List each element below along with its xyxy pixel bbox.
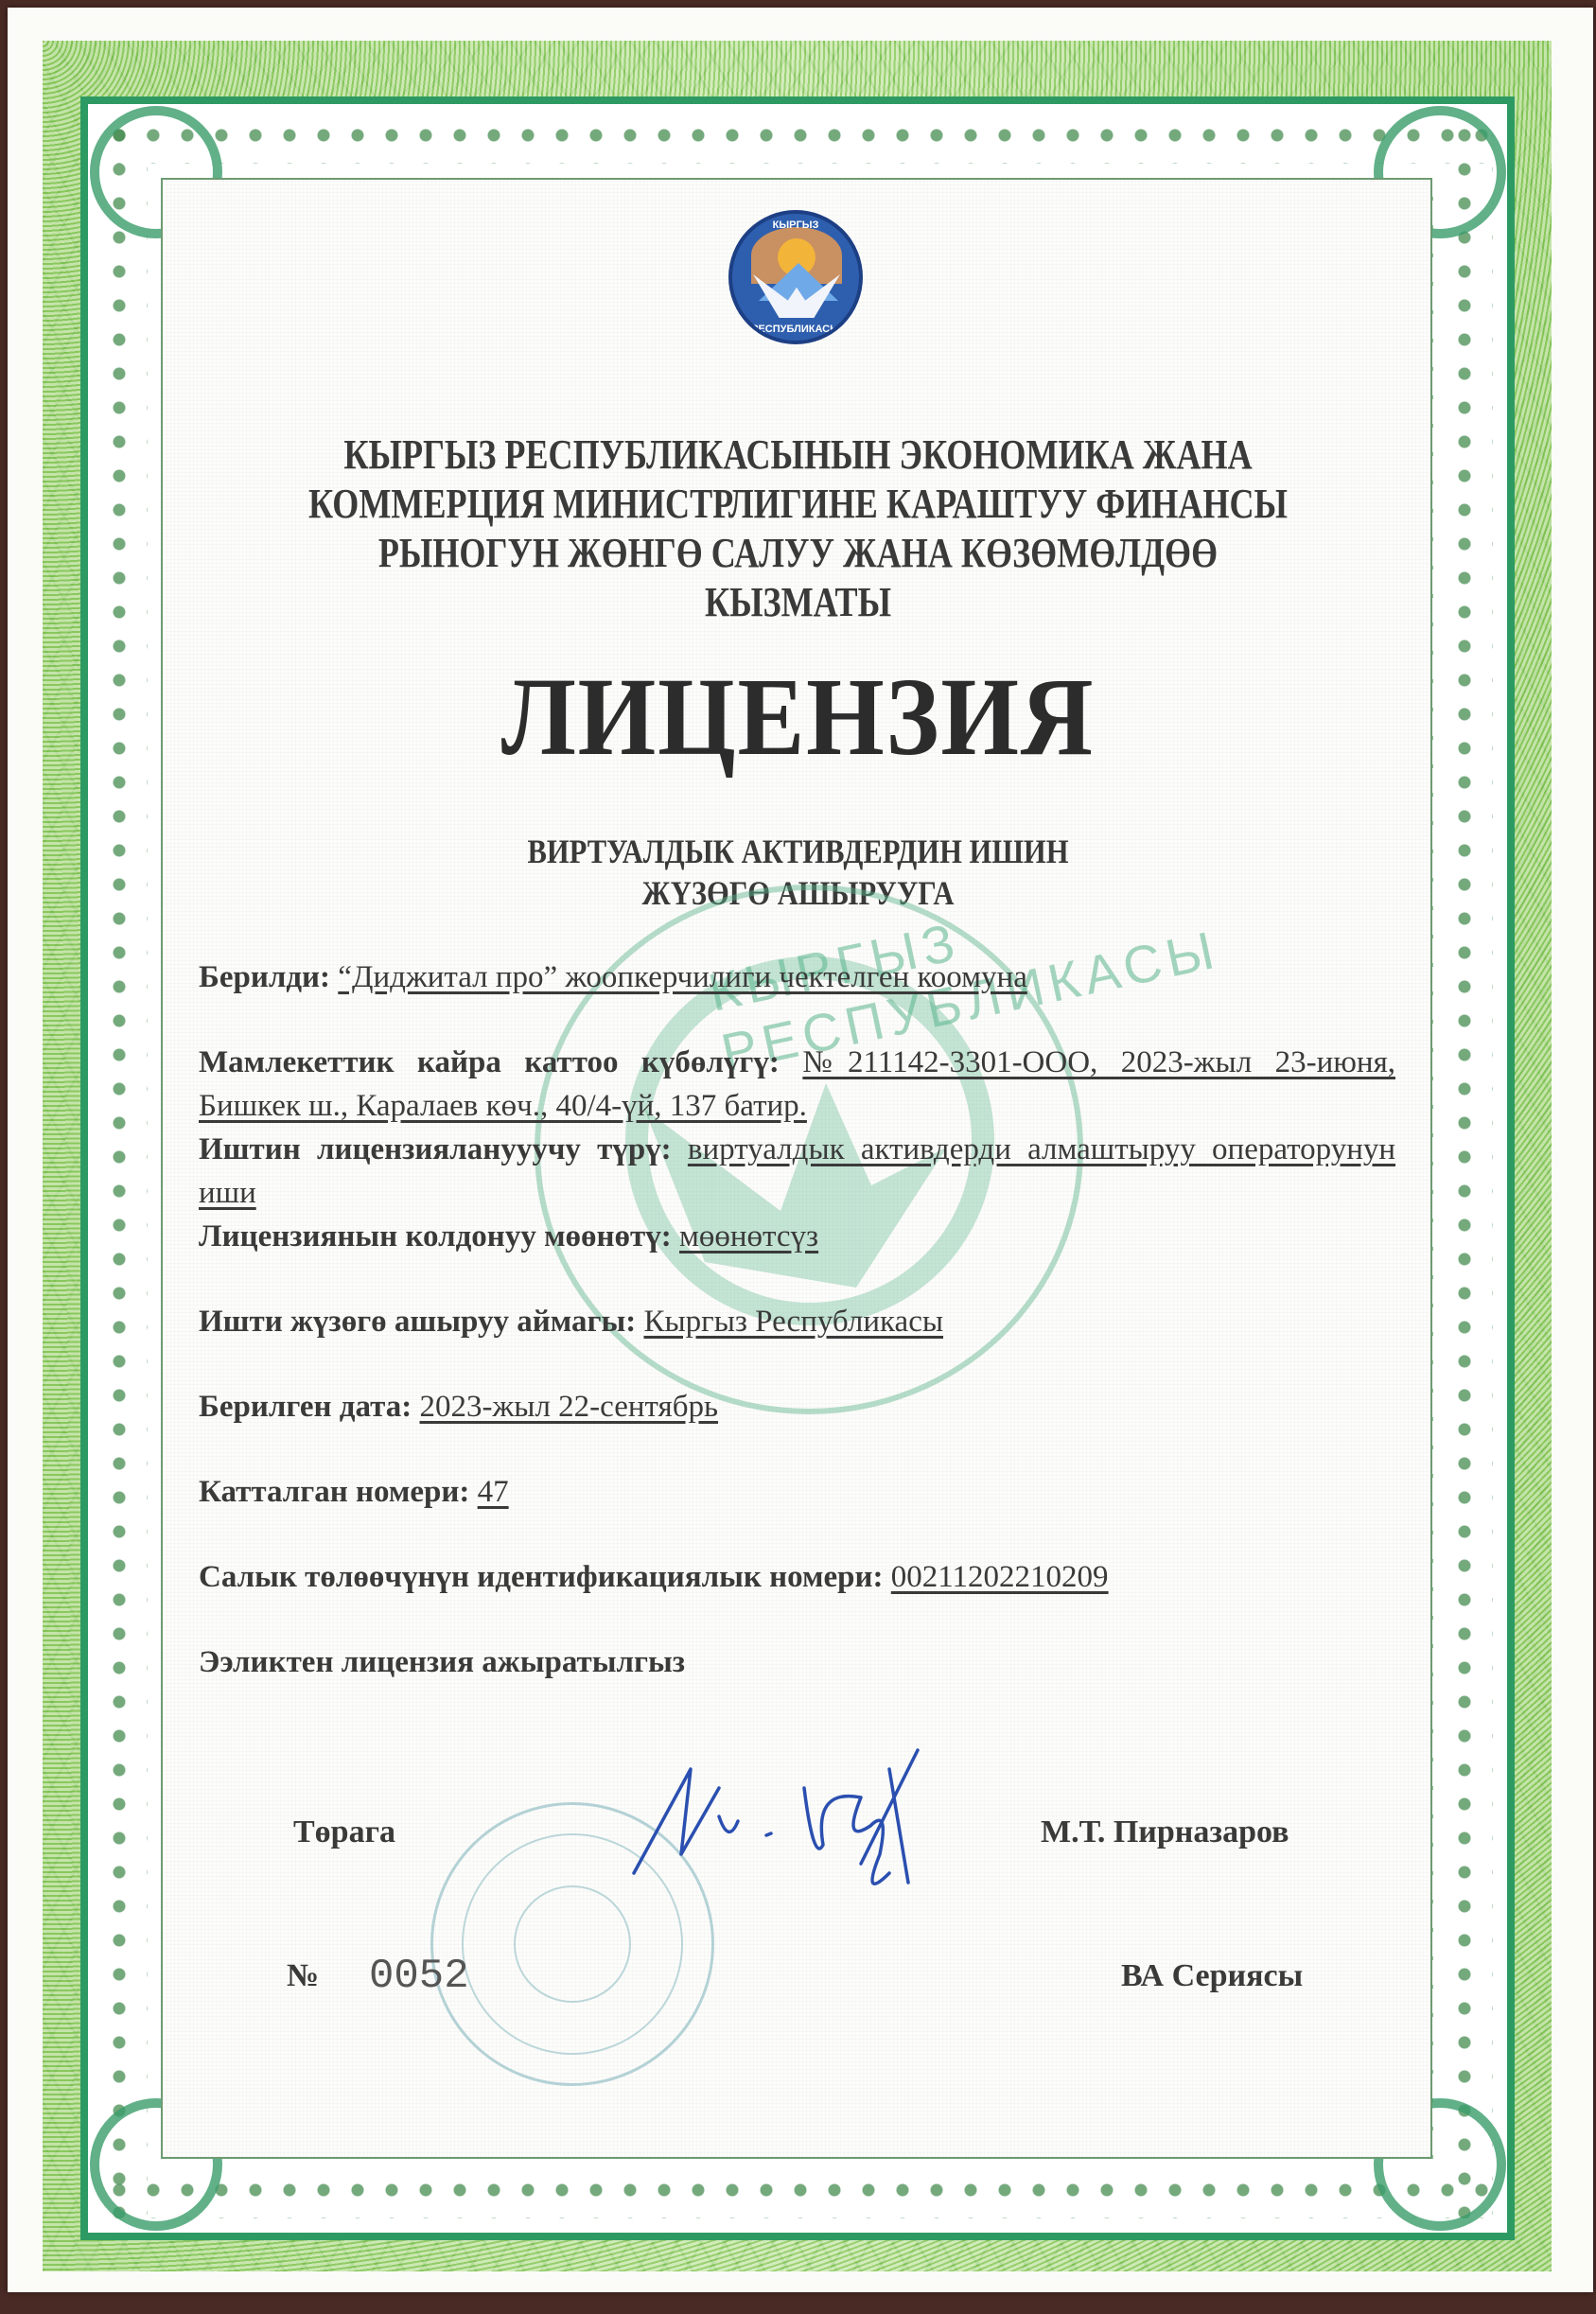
field-activity-type: Иштин лицензияланууучу түрү: виртуалдык … bbox=[199, 1128, 1395, 1215]
field-value: Кыргыз Республикасы bbox=[643, 1305, 943, 1339]
authority-line: КОММЕРЦИЯ МИНИСТРЛИГИНЕ КАРАШТУУ ФИНАНСЫ bbox=[299, 480, 1297, 529]
field-label: Салык төлөөчүнүн идентификациялык номери… bbox=[199, 1560, 884, 1594]
field-validity: Лицензиянын колдонуу мөөнөтү: мөөнөтсүз bbox=[199, 1215, 1395, 1258]
field-tin: Салык төлөөчүнүн идентификациялык номери… bbox=[199, 1555, 1395, 1599]
ornament-right bbox=[1447, 118, 1493, 2218]
authority-line: РЫНОГУН ЖӨНГӨ САЛУУ ЖАНА КӨЗӨМӨЛДӨӨ КЫЗМ… bbox=[299, 529, 1297, 627]
serial-number: 0052 bbox=[369, 1953, 469, 2000]
signatory-position: Төрага bbox=[293, 1814, 395, 1850]
purpose-line: ВИРТУАЛДЫК АКТИВДЕРДИН ИШИН bbox=[361, 831, 1236, 872]
signature-icon bbox=[577, 1731, 974, 1911]
field-label: Иштин лицензияланууучу түрү: bbox=[199, 1132, 672, 1166]
field-label: Лицензиянын колдонуу мөөнөтү: bbox=[199, 1219, 672, 1253]
field-issue-date: Берилген дата: 2023-жыл 22-сентябрь bbox=[199, 1385, 1395, 1429]
field-transfer-note: Ээликтен лицензия ажыратылгыз bbox=[199, 1640, 1395, 1684]
ornament-top bbox=[102, 118, 1493, 164]
field-value: 2023-жыл 22-сентябрь bbox=[420, 1390, 719, 1424]
number-sign: № bbox=[287, 1958, 319, 1994]
ornament-bottom bbox=[102, 2173, 1493, 2218]
document-title: ЛИЦЕНЗИЯ bbox=[335, 653, 1260, 781]
field-value: 47 bbox=[478, 1475, 509, 1509]
issuing-authority: КЫРГЫЗ РЕСПУБЛИКАСЫНЫН ЭКОНОМИКА ЖАНА КО… bbox=[299, 430, 1297, 627]
field-issued-to: Берилди: “Диджитал про” жоопкерчилиги че… bbox=[199, 955, 1395, 999]
series-label: ВА Сериясы bbox=[1121, 1958, 1303, 1994]
field-label: Ишти жүзөгө ашыруу аймагы: bbox=[199, 1305, 636, 1339]
field-registry-number: Катталган номери: 47 bbox=[199, 1470, 1395, 1514]
authority-line: КЫРГЫЗ РЕСПУБЛИКАСЫНЫН ЭКОНОМИКА ЖАНА bbox=[299, 430, 1297, 480]
ornament-left bbox=[102, 118, 148, 2218]
field-label: Берилди: bbox=[199, 960, 330, 994]
transfer-note: Ээликтен лицензия ажыратылгыз bbox=[199, 1645, 685, 1679]
field-value: “Диджитал про” жоопкерчилиги чектелген к… bbox=[338, 960, 1027, 994]
field-label: Берилген дата: bbox=[199, 1390, 412, 1424]
field-label: Катталган номери: bbox=[199, 1475, 469, 1509]
field-registration: Мамлекеттик кайра каттоо күбөлүгү: №2111… bbox=[199, 1041, 1395, 1128]
emblem-bottom-text: РЕСПУБЛИКАСЫ bbox=[732, 324, 859, 335]
license-details: Берилди: “Диджитал про” жоопкерчилиги че… bbox=[199, 955, 1395, 1684]
field-value: 00211202210209 bbox=[891, 1560, 1109, 1594]
field-territory: Ишти жүзөгө ашыруу аймагы: Кыргыз Респуб… bbox=[199, 1300, 1395, 1343]
signatory-name: М.Т. Пирназаров bbox=[1041, 1814, 1289, 1850]
emblem-top-text: КЫРГЫЗ bbox=[732, 219, 859, 231]
field-value: мөөнөтсүз bbox=[679, 1219, 818, 1253]
state-emblem-icon: КЫРГЫЗ РЕСПУБЛИКАСЫ bbox=[728, 210, 863, 344]
field-label: Мамлекеттик кайра каттоо күбөлүгү: bbox=[199, 1045, 780, 1079]
